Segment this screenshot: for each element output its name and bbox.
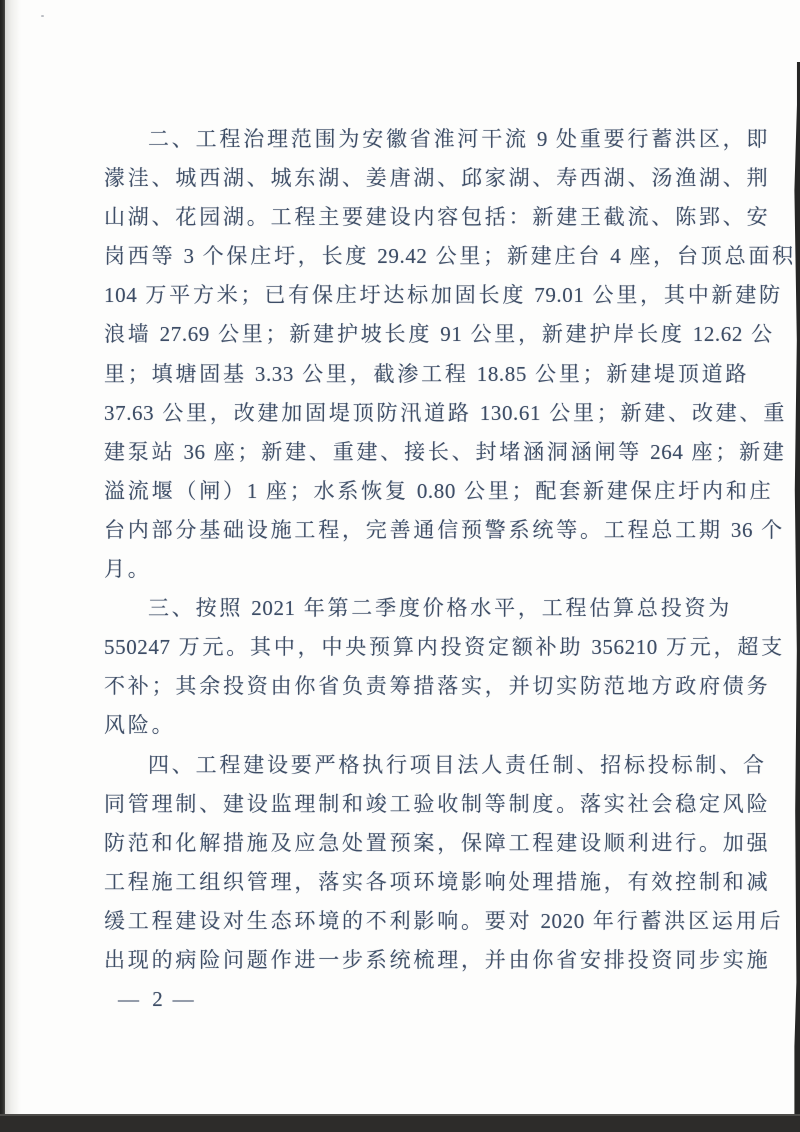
document-line: 里；填塘固基 3.33 公里，截渗工程 18.85 公里；新建堤顶道路 [104,355,779,394]
document-line: 浪墙 27.69 公里；新建护坡长度 91 公里，新建护岸长度 12.62 公 [104,315,779,354]
scan-speck [41,15,44,17]
document-line: 二、工程治理范围为安徽省淮河干流 9 处重要行蓄洪区，即 [104,120,779,159]
document-line: 岗西等 3 个保庄圩，长度 29.42 公里；新建庄台 4 座，台顶总面积 [104,237,779,276]
document-line: 溢流堰（闸）1 座；水系恢复 0.80 公里；配套新建保庄圩内和庄 [104,472,779,511]
scan-edge-left [0,0,5,1132]
document-line: 濛洼、城西湖、城东湖、姜唐湖、邱家湖、寿西湖、汤渔湖、荆 [104,159,779,198]
document-line: 三、按照 2021 年第二季度价格水平，工程估算总投资为 [104,589,779,628]
document-body: 二、工程治理范围为安徽省淮河干流 9 处重要行蓄洪区，即 濛洼、城西湖、城东湖、… [104,120,779,1019]
document-line: 工程施工组织管理，落实各项环境影响处理措施，有效控制和减 [104,863,779,902]
document-line: 风险。 [104,706,779,745]
scan-edge-right [792,62,800,1132]
document-line: 防范和化解措施及应急处置预案，保障工程建设顺利进行。加强 [104,824,779,863]
document-line: 山湖、花园湖。工程主要建设内容包括：新建王截流、陈郢、安 [104,198,779,237]
document-line: 104 万平方米；已有保庄圩达标加固长度 79.01 公里，其中新建防 [104,276,779,315]
document-line: 台内部分基础设施工程，完善通信预警系统等。工程总工期 36 个 [104,511,779,550]
page-number: — 2 — [118,980,779,1019]
document-line: 同管理制、建设监理制和竣工验收制等制度。落实社会稳定风险 [104,785,779,824]
document-line: 不补；其余投资由你省负责筹措落实，并切实防范地方政府债务 [104,667,779,706]
scanned-page: 二、工程治理范围为安徽省淮河干流 9 处重要行蓄洪区，即 濛洼、城西湖、城东湖、… [0,0,800,1132]
scan-edge-bottom [0,1114,800,1132]
document-line: 出现的病险问题作进一步系统梳理，并由你省安排投资同步实施 [104,941,779,980]
document-line: 四、工程建设要严格执行项目法人责任制、招标投标制、合 [104,746,779,785]
document-line: 建泵站 36 座；新建、重建、接长、封堵涵洞涵闸等 264 座；新建 [104,433,779,472]
paper-left-shadow [5,0,21,1132]
document-line: 缓工程建设对生态环境的不利影响。要对 2020 年行蓄洪区运用后 [104,902,779,941]
document-line: 550247 万元。其中，中央预算内投资定额补助 356210 万元，超支 [104,628,779,667]
document-line: 37.63 公里，改建加固堤顶防汛道路 130.61 公里；新建、改建、重 [104,394,779,433]
document-line: 月。 [104,550,779,589]
